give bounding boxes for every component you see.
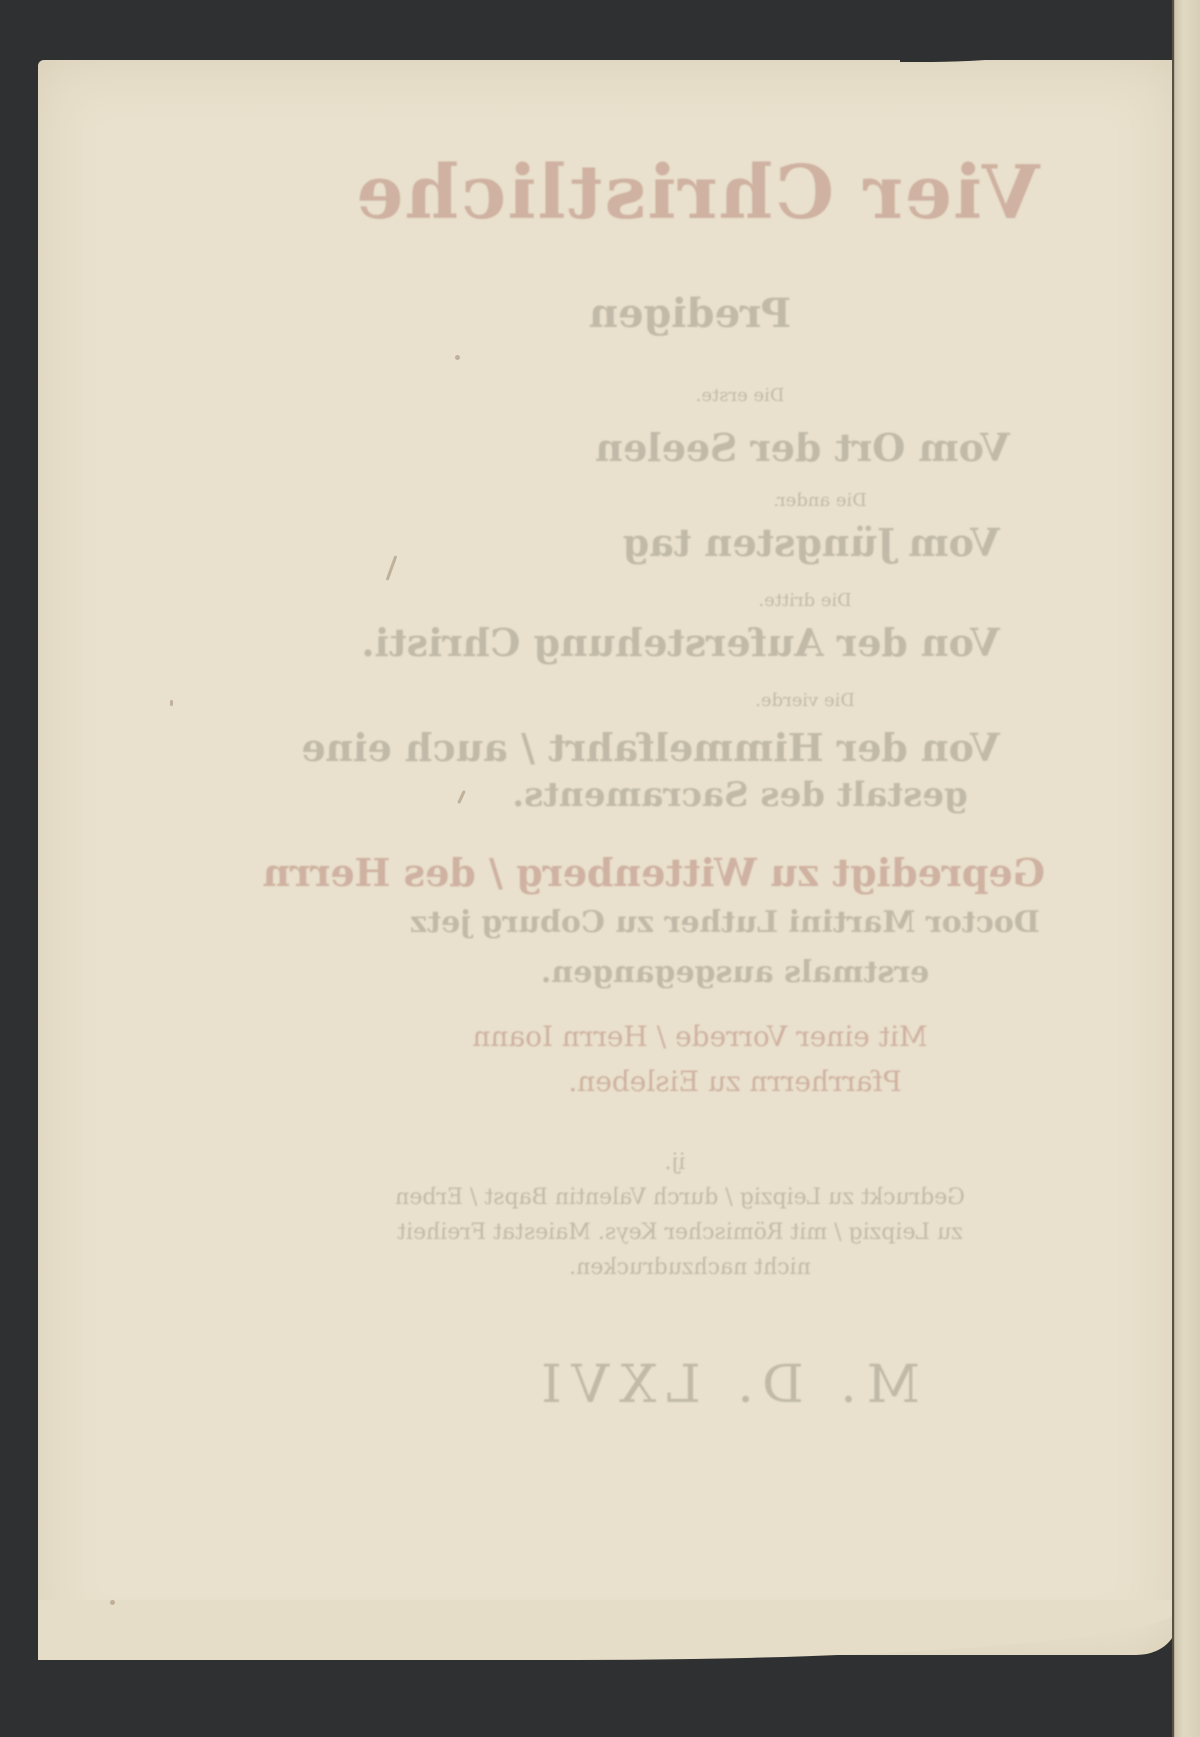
bleed-imprint-2: zu Leipzig / mit Römischer Keys. Maiesta… <box>280 1220 1080 1245</box>
bleed-sermon-3: Von der Auferstehung Christi. <box>460 620 1000 665</box>
bleed-label-fourth: Die vierde. <box>720 690 890 711</box>
paper-fiber <box>170 700 173 706</box>
bleed-preached-line: Gepredigt zu Wittenberg / des Herrn <box>385 850 1045 895</box>
bleed-title: Vier Christliche <box>360 150 1040 236</box>
bleed-imprint-year: M. D. LXVI <box>540 1355 920 1415</box>
bleed-published-line: erstmals ausgegangen. <box>500 955 970 990</box>
bleed-sermon-4b: gestalt des Sacraments. <box>510 775 970 815</box>
bleed-pastor-line: Pfarrherrn zu Eisleben. <box>520 1065 950 1098</box>
bleed-sermon-4a: Von der Himmelfahrt / auch eine <box>400 725 1000 770</box>
bleed-preface-line: Mit einer Vorrede / Herrn Ioann <box>400 1020 1000 1053</box>
bleed-imprint-3: nicht nachzudrucken. <box>460 1255 920 1280</box>
gutter-fold-line <box>1172 0 1174 1737</box>
bleed-subtitle: Predigen <box>560 290 820 337</box>
paper-spot <box>455 355 460 360</box>
bleed-label-third: Die dritte. <box>730 590 880 611</box>
paper-spot <box>110 1600 115 1605</box>
bleed-label-second: Die ander. <box>750 490 890 511</box>
bleed-sermon-2: Vom Jüngsten tag <box>660 520 1000 565</box>
bleed-signature-mark: ij. <box>650 1150 700 1175</box>
bleed-label-first: Die erste. <box>680 385 800 406</box>
bleed-sermon-1: Vom Ort der Seelen <box>620 425 1010 470</box>
bleed-imprint-1: Gedruckt zu Leipzig / durch Valentin Bap… <box>280 1185 1080 1210</box>
page-curl-top <box>900 0 1180 62</box>
book-gutter <box>1172 0 1200 1737</box>
bleed-author-line: Doctor Martini Luther zu Coburg jetz <box>400 905 1050 940</box>
